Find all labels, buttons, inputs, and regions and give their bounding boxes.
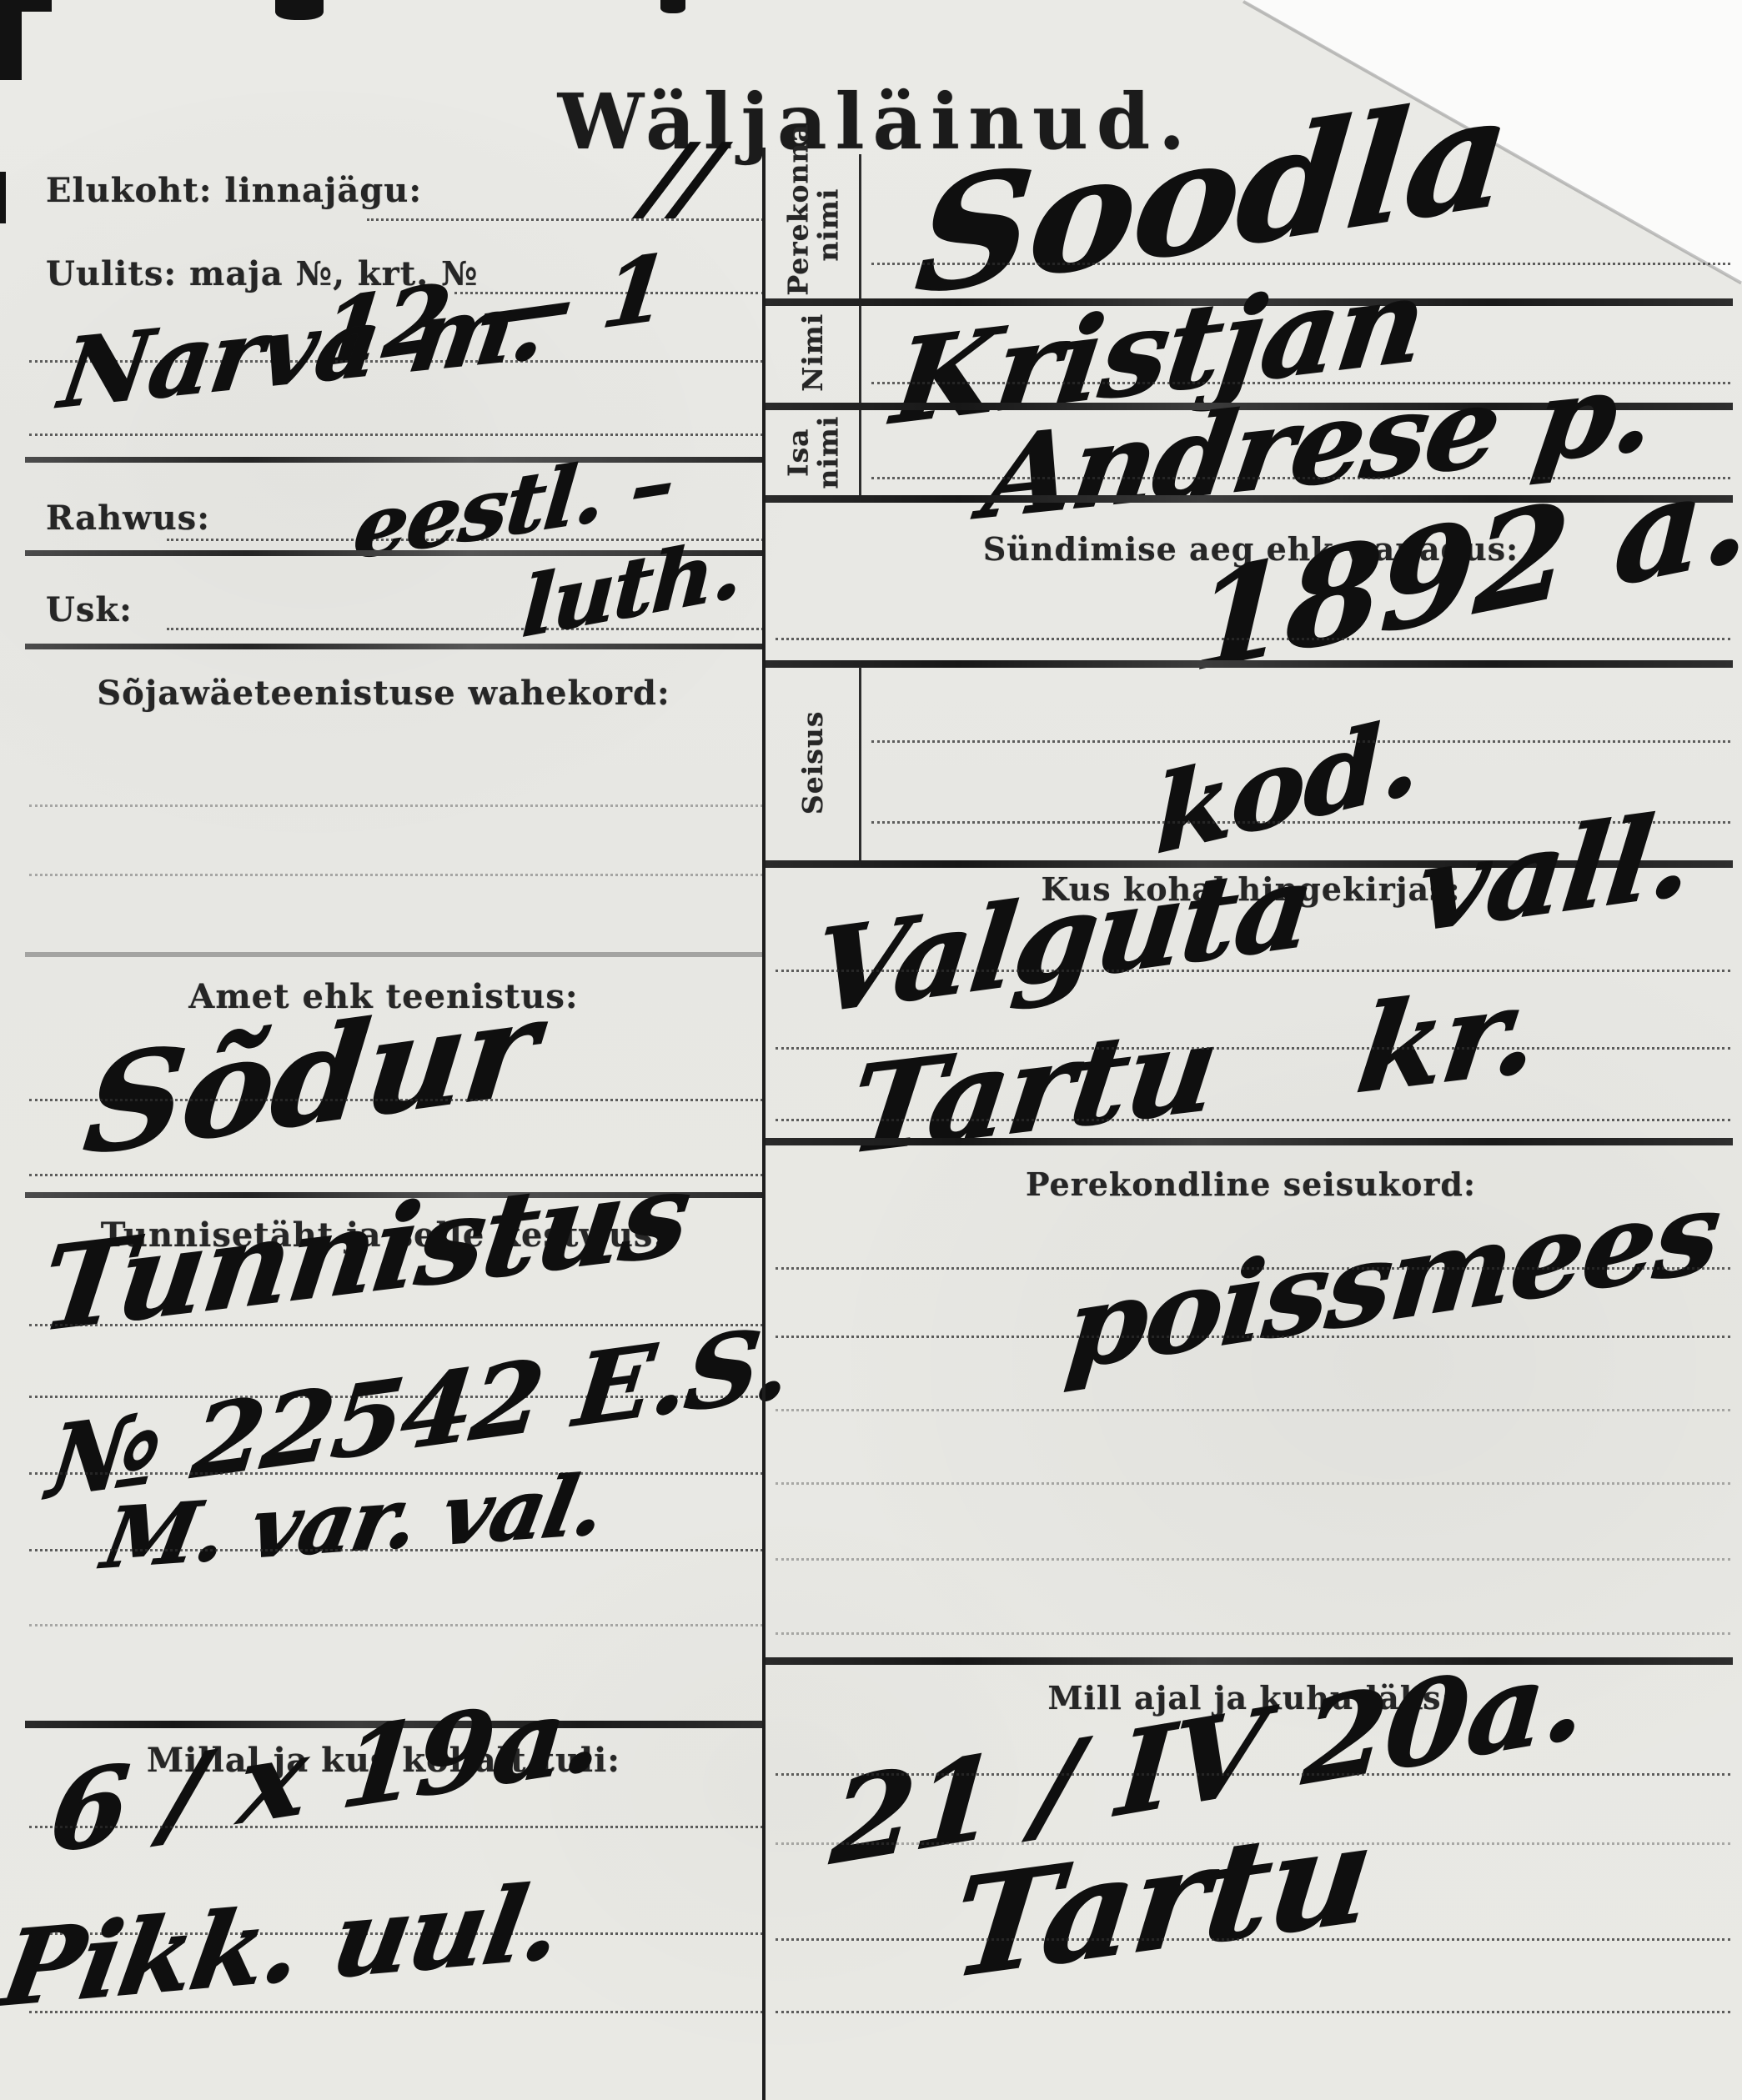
scan-artifact: [0, 0, 22, 80]
dotted-line: [776, 1267, 1730, 1270]
scan-artifact: [275, 0, 324, 20]
dotted-line: [29, 1624, 763, 1626]
dotted-line: [776, 1409, 1730, 1411]
dotted-line: [776, 1336, 1730, 1338]
dotted-line: [29, 1826, 763, 1828]
side-label-nimi: Nimi: [798, 290, 828, 415]
dotted-line: [29, 874, 763, 876]
scan-artifact: [0, 172, 6, 223]
label-column-line: [859, 306, 861, 404]
dotted-line: [776, 638, 1730, 640]
side-label-perekonna-nimi: Perekonna nimi: [783, 154, 842, 296]
field-label-elukoht: Elukoht: linnajägu:: [46, 171, 422, 210]
dotted-line: [29, 2011, 763, 2013]
rule-bar: [25, 644, 766, 649]
dotted-line: [29, 804, 763, 807]
dotted-line: [776, 1119, 1730, 1121]
rule-bar: [766, 1138, 1733, 1145]
dotted-line: [29, 1099, 763, 1101]
label-column-line: [859, 154, 861, 300]
label-column-line: [859, 667, 861, 860]
dotted-line: [871, 263, 1730, 265]
dotted-line: [167, 628, 764, 630]
field-label-usk: Usk:: [46, 590, 133, 629]
side-label-seisus: Seisus: [798, 700, 828, 825]
scan-artifact: [0, 0, 52, 12]
label-column-line: [859, 410, 861, 497]
dotted-line: [776, 1773, 1730, 1776]
dotted-line: [776, 970, 1730, 972]
scanned-document: Wäljaläinud. Elukoht: linnajägu: // Uuli…: [0, 0, 1742, 2100]
rule-bar: [25, 952, 766, 957]
field-label-sojawae: Sõjawäeteenistuse wahekord:: [17, 674, 751, 713]
dotted-line: [776, 2011, 1730, 2013]
dotted-line: [776, 1047, 1730, 1050]
dotted-line: [871, 740, 1730, 743]
column-divider-line: [762, 148, 766, 2100]
dotted-line: [776, 1938, 1730, 1941]
dotted-line: [29, 1549, 763, 1551]
rule-bar: [766, 660, 1733, 668]
side-label-isa-nimi: Isa nimi: [783, 407, 842, 499]
dotted-line: [776, 1482, 1730, 1485]
scan-artifact: [660, 0, 685, 13]
dotted-line: [367, 218, 764, 221]
field-label-rahwus: Rahwus:: [46, 499, 210, 538]
rule-bar: [766, 1657, 1733, 1665]
dotted-line: [776, 1558, 1730, 1561]
